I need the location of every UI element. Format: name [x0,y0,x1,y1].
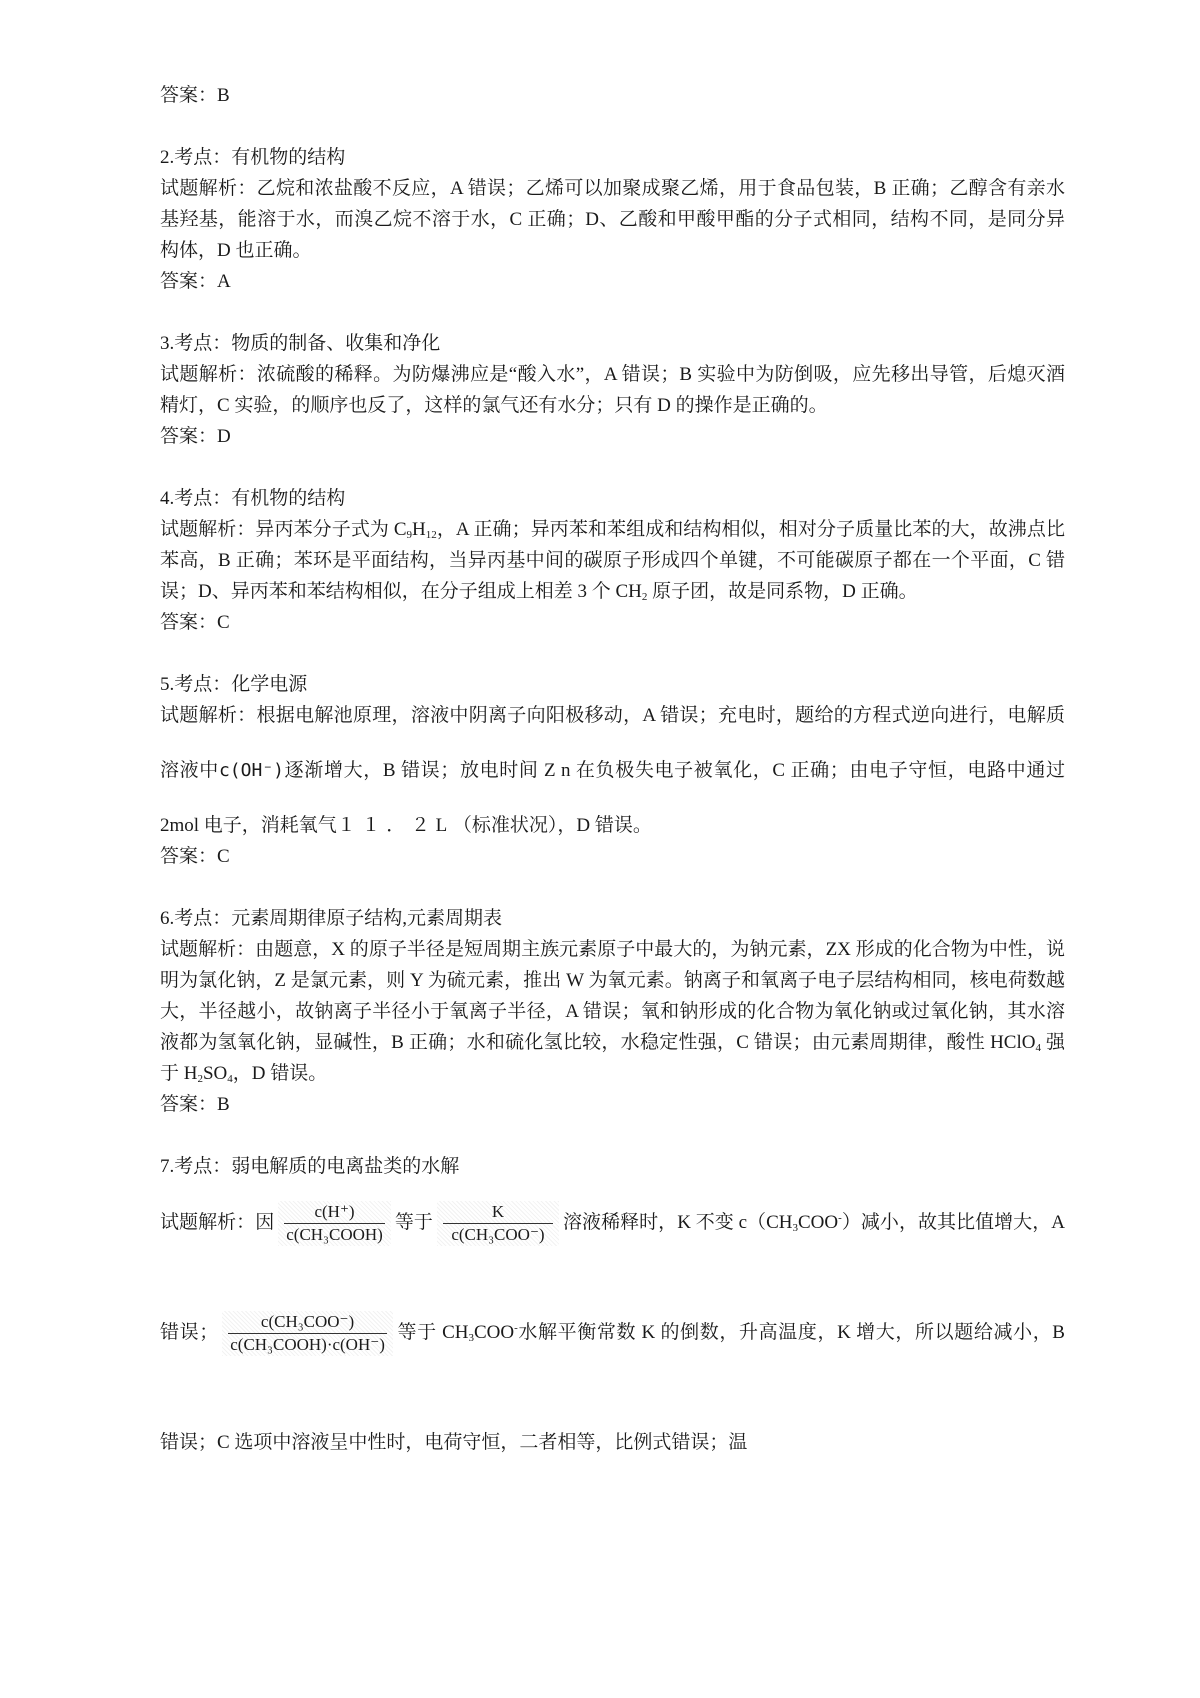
text: 原子团，故是同系物，D 正确。 [647,581,917,602]
section-4: 4.考点：有机物的结构 试题解析：异丙苯分子式为 C9H12，A 正确；异丙苯和… [160,483,1065,638]
fraction-denominator: c(CH₃COOH)·c(OH⁻) [228,1334,387,1356]
text: COO [474,1322,514,1343]
text: COO [798,1212,838,1233]
section-6: 6.考点：元素周期律原子结构,元素周期表 试题解析：由题意，X 的原子半径是短周… [160,903,1065,1120]
text: 试题解析：由题意，X 的原子半径是短周期主族元素原子中最大的，为钠元素，ZX 形… [160,939,1065,1053]
fraction-numerator: K [443,1201,553,1224]
fraction-denominator: c(CH₃COOH) [284,1224,385,1246]
section-5: 5.考点：化学电源 试题解析：根据电解池原理，溶液中阴离子向阳极移动，A 错误；… [160,669,1065,872]
text: 等于 [395,1212,433,1233]
volume-value: １１．２L [337,815,453,836]
section-title: 4.考点：有机物的结构 [160,483,1065,514]
fraction-k-over-ch3coo: Kc(CH₃COO⁻) [437,1201,559,1246]
section-answer: 答案：B [160,1089,1065,1120]
text: 等于 CH [397,1322,469,1343]
section-answer: 答案：C [160,607,1065,638]
text: 溶液稀释时，K 不变 c（CH [563,1212,793,1233]
section-2: 2.考点：有机物的结构 试题解析：乙烷和浓盐酸不反应，A 错误；乙烯可以加聚成聚… [160,142,1065,297]
text: 试题解析：异丙苯分子式为 C [160,519,407,540]
section-analysis: 试题解析：由题意，X 的原子半径是短周期主族元素原子中最大的，为钠元素，ZX 形… [160,934,1065,1089]
fraction-numerator: c(H⁺) [284,1201,385,1224]
fraction-numerator: c(CH₃COO⁻) [228,1311,387,1334]
subscript: 12 [426,529,437,541]
section-analysis: 试题解析：异丙苯分子式为 C9H12，A 正确；异丙苯和苯组成和结构相似，相对分… [160,514,1065,607]
fraction-h-over-ch3cooh: c(H⁺)c(CH₃COOH) [278,1201,391,1246]
section-7: 7.考点：弱电解质的电离盐类的水解 试题解析：因c(H⁺)c(CH₃COOH)等… [160,1151,1065,1498]
section-title: 3.考点：物质的制备、收集和净化 [160,328,1065,359]
text: 试题解析：因 [160,1212,274,1233]
answer-1: 答案：B [160,80,1065,111]
document-page: 答案：B 2.考点：有机物的结构 试题解析：乙烷和浓盐酸不反应，A 错误；乙烯可… [160,80,1065,1498]
section-title: 6.考点：元素周期律原子结构,元素周期表 [160,903,1065,934]
section-analysis: 试题解析：浓硫酸的稀释。为防爆沸应是“酸入水”，A 错误；B 实验中为防倒吸，应… [160,359,1065,421]
section-3: 3.考点：物质的制备、收集和净化 试题解析：浓硫酸的稀释。为防爆沸应是“酸入水”… [160,328,1065,452]
section-analysis: 试题解析：乙烷和浓盐酸不反应，A 错误；乙烯可以加聚成聚乙烯，用于食品包装，B … [160,173,1065,266]
section-analysis: 试题解析：因c(H⁺)c(CH₃COOH)等于Kc(CH₃COO⁻)溶液稀释时，… [160,1168,1065,1498]
text: （标准状况），D 错误。 [453,815,652,836]
section-answer: 答案：D [160,421,1065,452]
fraction-ch3coo-over-product: c(CH₃COO⁻)c(CH₃COOH)·c(OH⁻) [222,1311,393,1356]
section-title: 2.考点：有机物的结构 [160,142,1065,173]
text: ，D 错误。 [233,1063,327,1084]
text: H [412,519,426,540]
section-answer: 答案：A [160,266,1065,297]
fraction-denominator: c(CH₃COO⁻) [443,1224,553,1246]
section-analysis: 试题解析：根据电解池原理，溶液中阴离子向阳极移动，A 错误；充电时，题给的方程式… [160,688,1065,853]
formula-oh: c(OH⁻) [219,760,284,781]
text: SO [203,1063,227,1084]
